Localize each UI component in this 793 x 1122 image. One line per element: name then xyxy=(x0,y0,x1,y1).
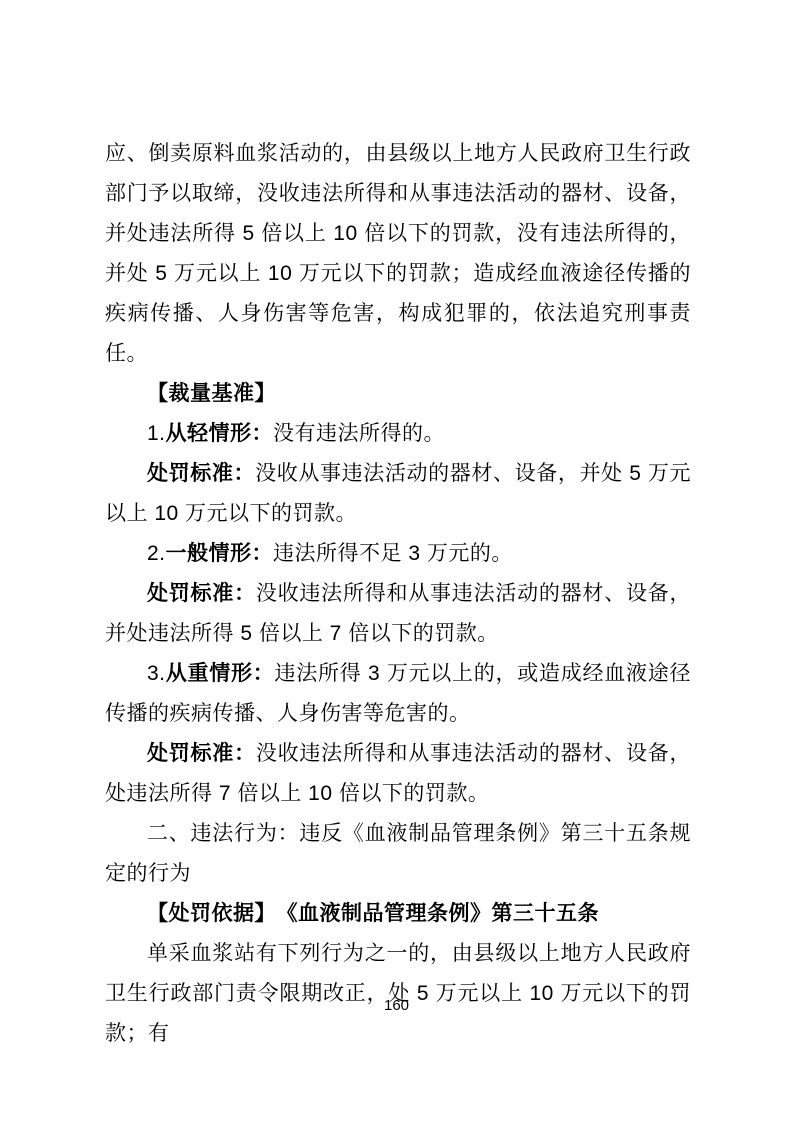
document-page: 应、倒卖原料血浆活动的，由县级以上地方人民政府卫生行政部门予以取缔，没收违法所得… xyxy=(0,0,793,1122)
text-segment: 二、违法行为：违反《血液制品管理条例》第三十五条规定的行为 xyxy=(105,822,691,885)
heading-discretion-basis: 【裁量基准】 xyxy=(105,374,691,414)
penalty-standard-general: 处罚标准：没收违法所得和从事违法活动的器材、设备，并处违法所得 5 倍以上 7 … xyxy=(105,574,691,654)
penalty-standard-severe: 处罚标准：没收违法所得和从事违法活动的器材、设备，处违法所得 7 倍以上 10 … xyxy=(105,734,691,814)
text-segment: 应、倒卖原料血浆活动的，由县级以上地方人民政府卫生行政部门予以取缔，没收违法所得… xyxy=(105,142,691,365)
penalty-standard-light: 处罚标准：没收从事违法活动的器材、设备，并处 5 万元以上 10 万元以下的罚款… xyxy=(105,454,691,534)
bold-term: 从轻情形： xyxy=(166,422,274,445)
regulation-article-35-text: 单采血浆站有下列行为之一的，由县级以上地方人民政府卫生行政部门责令限期改正，处 … xyxy=(105,934,691,1054)
item-general-circumstance: 2.一般情形：违法所得不足 3 万元的。 xyxy=(105,534,691,574)
bold-term: 处罚标准： xyxy=(147,462,255,485)
page-number: 160 xyxy=(0,996,793,1016)
list-number: 3. xyxy=(147,662,166,685)
text-segment: 单采血浆站有下列行为之一的，由县级以上地方人民政府卫生行政部门责令限期改正，处 … xyxy=(105,942,691,1045)
text-segment: 没有违法所得的。 xyxy=(273,422,445,445)
bold-term: 从重情形： xyxy=(166,662,275,685)
violation-item-two-intro: 二、违法行为：违反《血液制品管理条例》第三十五条规定的行为 xyxy=(105,814,691,894)
list-number: 1. xyxy=(147,422,166,445)
bold-term: 处罚标准： xyxy=(147,742,256,765)
document-body: 应、倒卖原料血浆活动的，由县级以上地方人民政府卫生行政部门予以取缔，没收违法所得… xyxy=(105,134,691,1054)
item-light-circumstance: 1.从轻情形：没有违法所得的。 xyxy=(105,414,691,454)
text-segment: 违法所得不足 3 万元的。 xyxy=(273,542,513,565)
heading-penalty-basis: 【处罚依据】 《血液制品管理条例》第三十五条 xyxy=(105,894,691,934)
heading-text: 【裁量基准】 xyxy=(147,382,276,405)
item-severe-circumstance: 3.从重情形：违法所得 3 万元以上的，或造成经血液途径传播的疾病传播、人身伤害… xyxy=(105,654,691,734)
bold-term: 处罚标准： xyxy=(147,582,256,605)
bold-term: 一般情形： xyxy=(166,542,274,565)
heading-text: 【处罚依据】 《血液制品管理条例》第三十五条 xyxy=(147,902,599,925)
paragraph-continuation-penalty-text: 应、倒卖原料血浆活动的，由县级以上地方人民政府卫生行政部门予以取缔，没收违法所得… xyxy=(105,134,691,374)
list-number: 2. xyxy=(147,542,166,565)
